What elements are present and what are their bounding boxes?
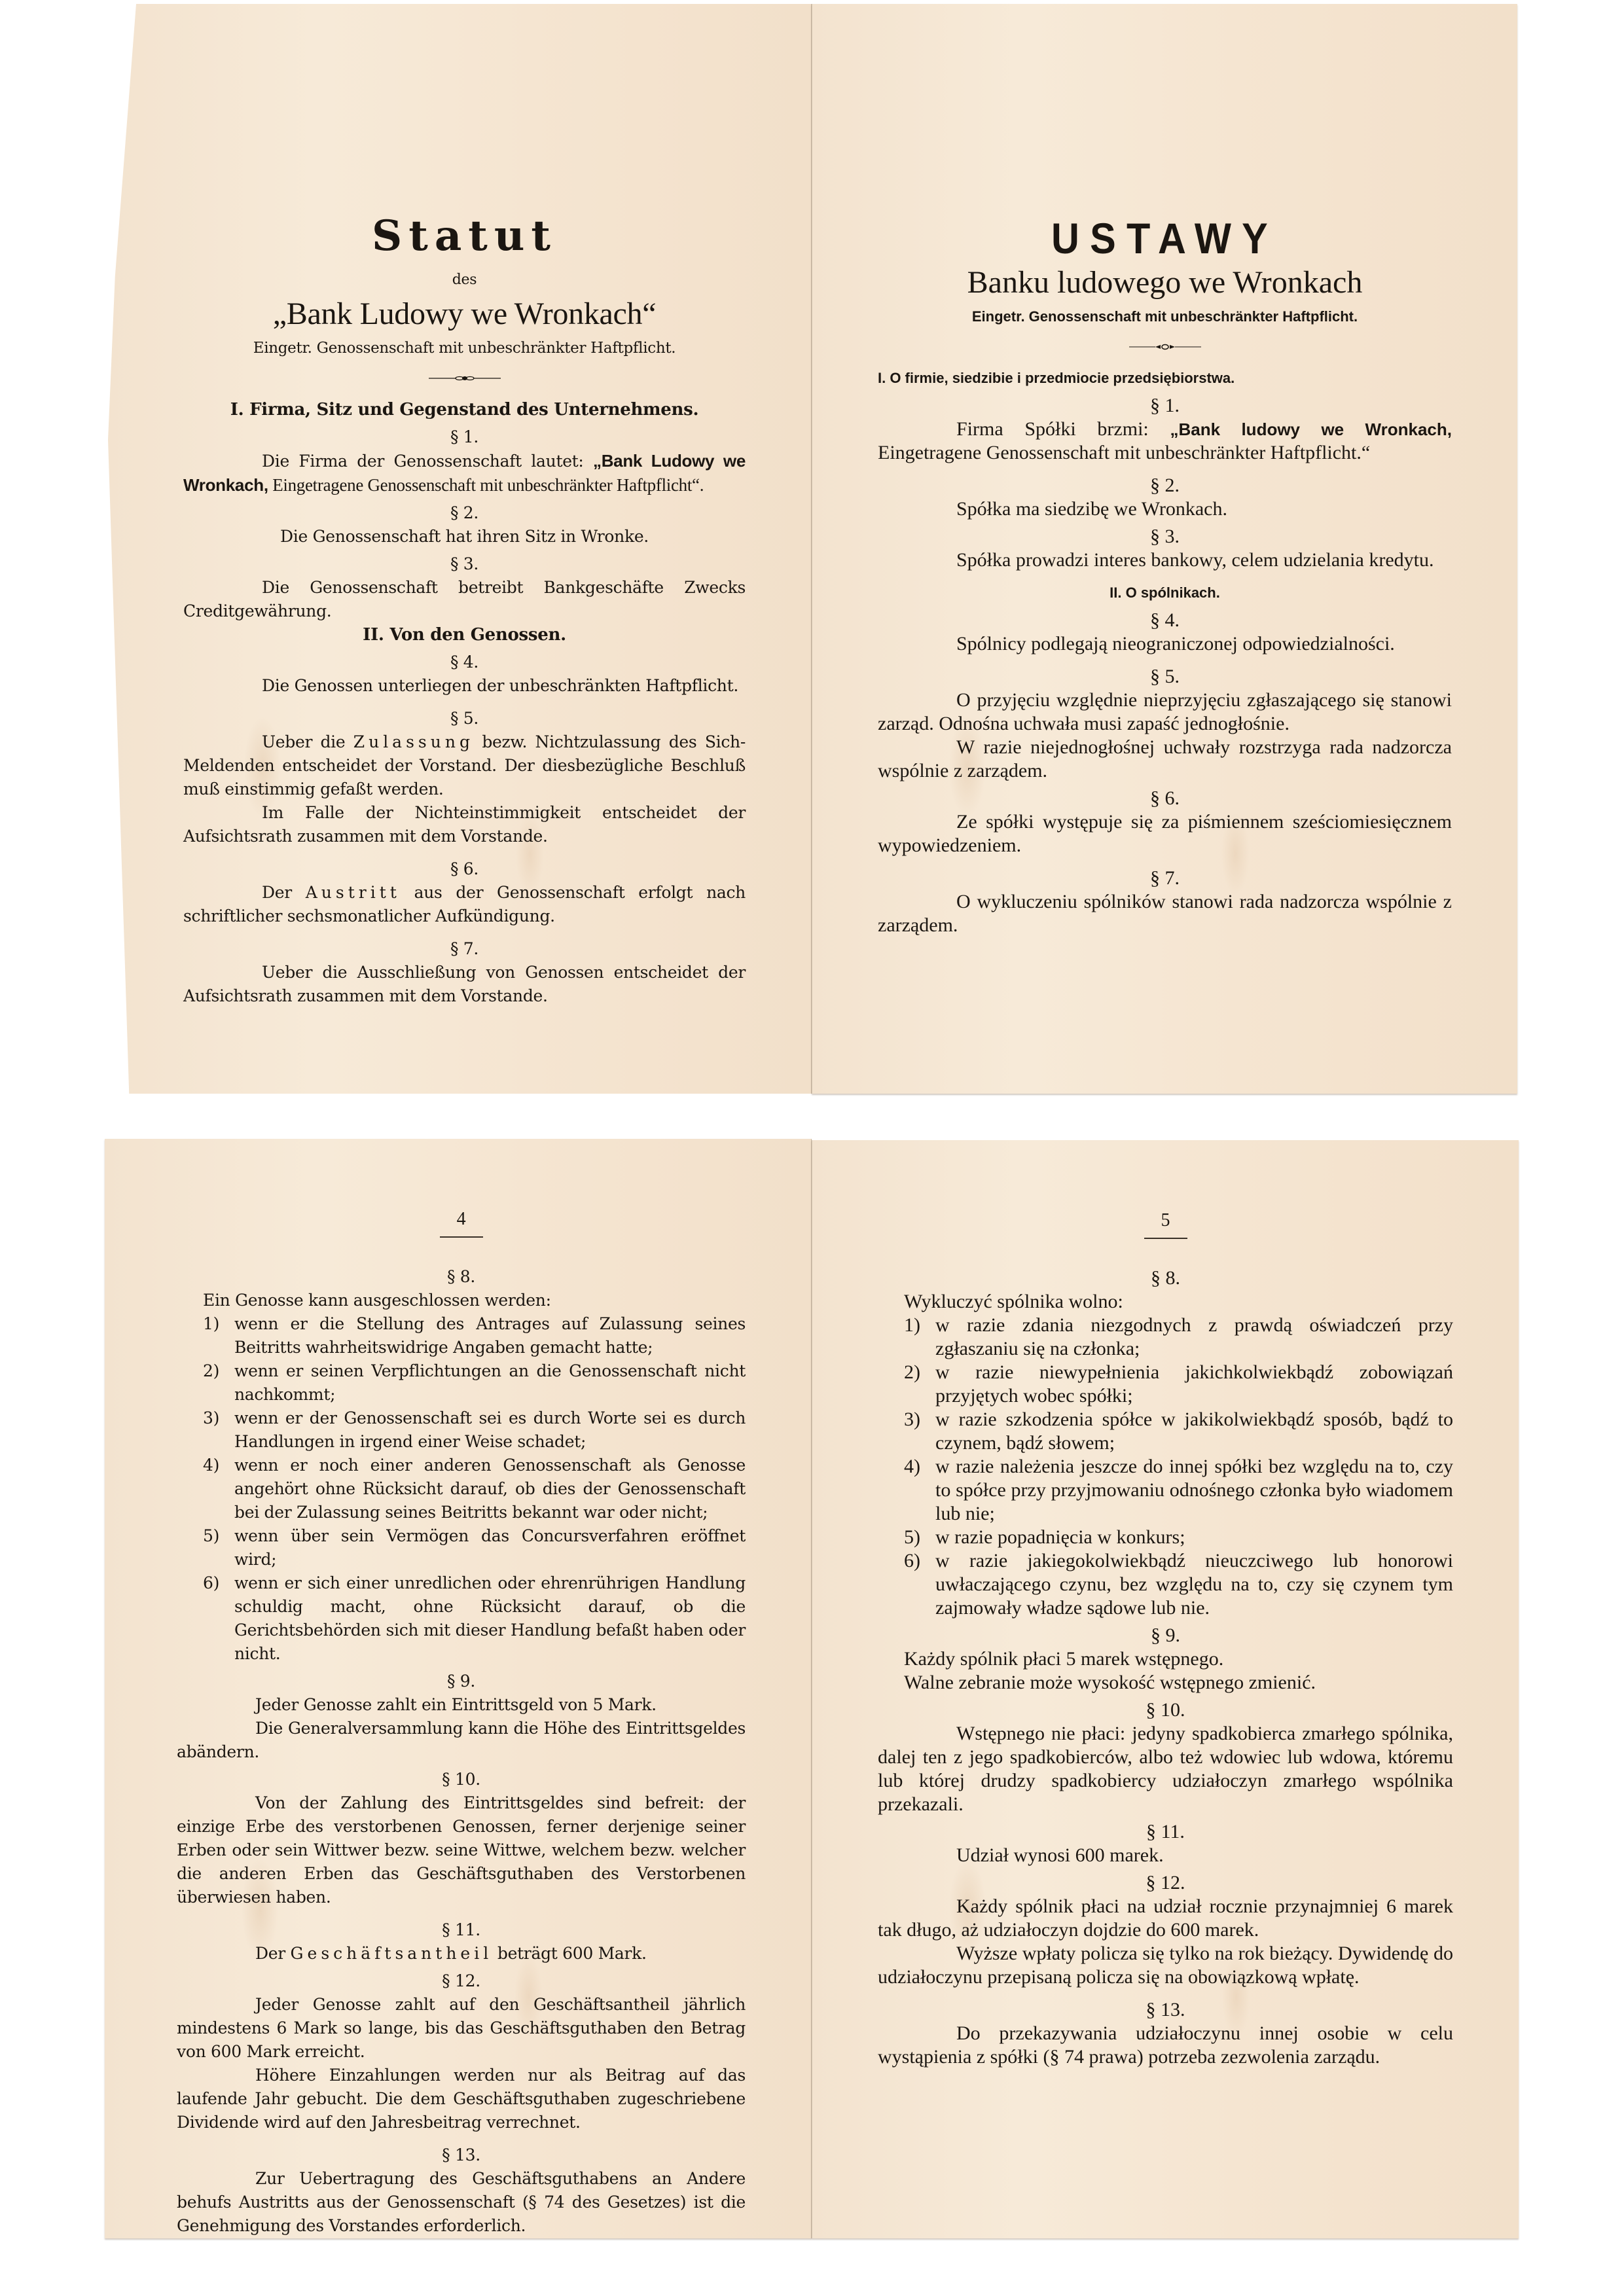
paragraph-text: Wstępnego nie płaci: jedyny spadkobierca…	[878, 1722, 1453, 1816]
page-number-rule	[1144, 1238, 1187, 1239]
subtitle: Eingetr. Genossenschaft mit unbeschränkt…	[183, 336, 746, 360]
page-statut-german: Statut des „Bank Ludowy we Wronkach“ Ein…	[108, 4, 812, 1094]
section-heading: II. O spólnikach.	[878, 581, 1452, 605]
list-item-number: 1)	[203, 1312, 219, 1336]
paragraph-number: § 12.	[177, 1969, 746, 1993]
paragraph-text: Ze spółki występuje się za piśmiennem sz…	[878, 810, 1452, 857]
paragraph-number: § 1.	[183, 425, 746, 449]
page-number: 5	[878, 1209, 1453, 1232]
paragraph-text: O wykluczeniu spólników stanowi rada nad…	[878, 890, 1452, 937]
paragraph-text: Jeder Genosse zahlt ein Eintrittsgeld vo…	[177, 1693, 746, 1717]
list-item-text: w razie jakiegokolwiekbądź nieuczciwego …	[935, 1550, 1453, 1619]
list-item-number: 6)	[203, 1571, 219, 1595]
list-item-text: wenn er der Genossenschaft sei es durch …	[234, 1408, 746, 1451]
text-run: Der	[255, 1944, 291, 1963]
paragraph-text: Die Genossenschaft betreibt Bankgeschäft…	[183, 576, 746, 623]
exclusion-list: 1)wenn er die Stellung des Antrages auf …	[177, 1312, 746, 1666]
company-name: „Bank ludowy we Wronkach,	[1170, 420, 1452, 439]
list-item: 6)wenn er sich einer unredlichen oder eh…	[203, 1571, 746, 1666]
list-item-number: 5)	[203, 1524, 219, 1548]
list-item-number: 3)	[203, 1407, 219, 1430]
list-item-number: 2)	[203, 1359, 219, 1383]
paragraph-text: Die Generalversammlung kann die Höhe des…	[177, 1717, 746, 1764]
list-item-text: wenn er seinen Verpflichtungen an die Ge…	[234, 1361, 746, 1404]
list-item-number: 4)	[904, 1455, 920, 1479]
text-run: beträgt 600 Mark.	[492, 1944, 646, 1963]
text-run: Eingetragene Genossenschaft mit unbeschr…	[268, 475, 704, 495]
paragraph-text: Udział wynosi 600 marek.	[878, 1844, 1453, 1867]
page-ustawy-polish: USTAWY Banku ludowego we Wronkach Einget…	[812, 4, 1517, 1094]
section-heading: II. Von den Genossen.	[183, 623, 746, 647]
emphasized-term: Geschäftsantheil	[291, 1944, 493, 1963]
paragraph-number: § 2.	[183, 501, 746, 525]
list-item: 1)wenn er die Stellung des Antrages auf …	[203, 1312, 746, 1359]
paragraph-text: Walne zebranie może wysokość wstępnego z…	[878, 1671, 1453, 1695]
page-content: Statut des „Bank Ludowy we Wronkach“ Ein…	[108, 213, 811, 1008]
paragraph-text: Höhere Einzahlungen werden nur als Beitr…	[177, 2064, 746, 2134]
paragraph-text: Wykluczyć spólnika wolno:	[878, 1290, 1453, 1314]
list-item-number: 6)	[904, 1549, 920, 1573]
paragraph-text: Die Firma der Genossenschaft lautet: „Ba…	[183, 449, 746, 497]
page-number-rule	[440, 1236, 483, 1238]
list-item-text: wenn über sein Vermögen das Concursverfa…	[234, 1526, 746, 1569]
paragraph-text: Die Genossenschaft hat ihren Sitz in Wro…	[183, 525, 746, 548]
paragraph-number: § 2.	[878, 474, 1452, 497]
text-run: Ueber die	[262, 732, 353, 751]
paragraph-number: § 3.	[878, 525, 1452, 548]
text-run: Der	[262, 883, 306, 902]
paragraph-text: Von der Zahlung des Eintrittsgeldes sind…	[177, 1791, 746, 1909]
ornament-divider-icon	[429, 374, 501, 382]
list-item: 4)wenn er noch einer anderen Genossensch…	[203, 1454, 746, 1524]
list-item: 2)wenn er seinen Verpflichtungen an die …	[203, 1359, 746, 1407]
text-run: Die Firma der Genossenschaft lautet:	[262, 452, 593, 471]
paragraph-text: Ueber die Zulassung bezw. Nichtzulassung…	[183, 730, 746, 801]
list-item: 5)w razie popadnięcia w konkurs;	[904, 1526, 1453, 1549]
paragraph-number: § 11.	[878, 1820, 1453, 1844]
paragraph-text: Der Geschäftsantheil beträgt 600 Mark.	[177, 1942, 746, 1965]
emphasized-term: Zulassung	[353, 732, 474, 751]
paragraph-number: § 3.	[183, 552, 746, 576]
list-item-text: w razie zdania niezgodnych z prawdą oświ…	[935, 1314, 1453, 1359]
emphasized-term: Austritt	[306, 883, 401, 902]
list-item: 2)w razie niewypełnienia jakichkolwiekbą…	[904, 1361, 1453, 1408]
list-item-number: 1)	[904, 1314, 920, 1337]
paragraph-text: Zur Uebertragung des Geschäftsguthabens …	[177, 2167, 746, 2238]
paragraph-text: Die Genossen unterliegen der unbeschränk…	[183, 674, 746, 698]
list-item-number: 2)	[904, 1361, 920, 1384]
paragraph-text: Firma Spółki brzmi: „Bank ludowy we Wron…	[878, 418, 1452, 465]
paragraph-text: Do przekazywania udziałoczynu innej osob…	[878, 2022, 1453, 2069]
bank-name: Banku ludowego we Wronkach	[878, 264, 1452, 301]
paragraph-number: § 4.	[183, 651, 746, 674]
list-item: 1)w razie zdania niezgodnych z prawdą oś…	[904, 1314, 1453, 1361]
paragraph-number: § 6.	[878, 787, 1452, 810]
list-item: 3)wenn er der Genossenschaft sei es durc…	[203, 1407, 746, 1454]
paragraph-number: § 13.	[878, 1998, 1453, 2022]
list-item-number: 3)	[904, 1408, 920, 1431]
paragraph-number: § 12.	[878, 1871, 1453, 1895]
paragraph-text: Spólnicy podlegają nieograniczonej odpow…	[878, 632, 1452, 656]
page-content: 4 § 8. Ein Genosse kann ausgeschlossen w…	[105, 1208, 811, 2238]
exclusion-list: 1)w razie zdania niezgodnych z prawdą oś…	[878, 1314, 1453, 1620]
paragraph-number: § 7.	[878, 867, 1452, 890]
page-title: Statut	[183, 213, 746, 259]
text-run: Firma Spółki brzmi:	[956, 418, 1170, 440]
paragraph-text: O przyjęciu względnie nieprzyjęciu zgłas…	[878, 689, 1452, 736]
bank-name: „Bank Ludowy we Wronkach“	[183, 296, 746, 332]
list-item-text: w razie niewypełnienia jakichkolwiekbądź…	[935, 1361, 1453, 1407]
page-title: USTAWY	[907, 213, 1423, 263]
page-4-german: 4 § 8. Ein Genosse kann ausgeschlossen w…	[105, 1139, 812, 2238]
paragraph-text: Im Falle der Nichteinstimmigkeit entsche…	[183, 801, 746, 848]
paragraph-number: § 5.	[878, 665, 1452, 689]
list-item-text: w razie popadnięcia w konkurs;	[935, 1526, 1185, 1548]
list-item: 5)wenn über sein Vermögen das Concursver…	[203, 1524, 746, 1571]
list-item-text: wenn er die Stellung des Antrages auf Zu…	[234, 1314, 746, 1357]
list-item: 4)w razie należenia jeszcze do innej spó…	[904, 1455, 1453, 1526]
paragraph-number: § 10.	[177, 1768, 746, 1791]
paragraph-text: Spółka ma siedzibę we Wronkach.	[878, 497, 1452, 521]
paragraph-number: § 13.	[177, 2144, 746, 2167]
paragraph-text: Der Austritt aus der Genossenschaft erfo…	[183, 881, 746, 928]
paragraph-number: § 4.	[878, 609, 1452, 632]
list-item-text: w razie należenia jeszcze do innej spółk…	[935, 1456, 1453, 1524]
page-number: 4	[177, 1208, 746, 1231]
list-item-text: w razie szkodzenia spółce w jakikolwiekb…	[935, 1408, 1453, 1454]
title-connector: des	[183, 268, 746, 292]
list-item: 3)w razie szkodzenia spółce w jakikolwie…	[904, 1408, 1453, 1455]
list-item-text: wenn er noch einer anderen Genossenschaf…	[234, 1456, 746, 1522]
ornament-divider-icon	[1129, 343, 1201, 351]
paragraph-text: Każdy spólnik płaci na udział rocznie pr…	[878, 1895, 1453, 1942]
paragraph-text: Jeder Genosse zahlt auf den Geschäftsant…	[177, 1993, 746, 2064]
list-item: 6)w razie jakiegokolwiekbądź nieuczciweg…	[904, 1549, 1453, 1620]
subtitle: Eingetr. Genossenschaft mit unbeschränkt…	[878, 305, 1452, 329]
page-content: USTAWY Banku ludowego we Wronkach Einget…	[812, 213, 1517, 937]
list-item-text: wenn er sich einer unredlichen oder ehre…	[234, 1573, 746, 1663]
list-item-number: 5)	[904, 1526, 920, 1549]
paragraph-number: § 1.	[878, 394, 1452, 418]
paragraph-text: Ein Genosse kann ausgeschlossen werden:	[177, 1289, 746, 1312]
paragraph-text: Spółka prowadzi interes bankowy, celem u…	[878, 548, 1452, 572]
section-heading: I. O firmie, siedzibie i przedmiocie prz…	[878, 367, 1452, 390]
paragraph-text: Ueber die Ausschließung von Genossen ent…	[183, 961, 746, 1008]
paragraph-text: W razie niejednogłośnej uchwały rozstrzy…	[878, 736, 1452, 783]
paragraph-number: § 10.	[878, 1698, 1453, 1722]
paragraph-number: § 8.	[878, 1266, 1453, 1290]
paragraph-text: Wyższe wpłaty policza się tylko na rok b…	[878, 1942, 1453, 1989]
paragraph-number: § 6.	[183, 857, 746, 881]
list-item-number: 4)	[203, 1454, 219, 1477]
paragraph-number: § 7.	[183, 937, 746, 961]
paragraph-number: § 9.	[878, 1624, 1453, 1647]
page-5-polish: 5 § 8. Wykluczyć spólnika wolno: 1)w raz…	[812, 1140, 1519, 2238]
paragraph-number: § 8.	[177, 1265, 746, 1289]
paragraph-number: § 11.	[177, 1918, 746, 1942]
text-run: Eingetragene Genossenschaft mit unbeschr…	[878, 442, 1370, 463]
page-content: 5 § 8. Wykluczyć spólnika wolno: 1)w raz…	[812, 1209, 1519, 2069]
paragraph-number: § 9.	[177, 1670, 746, 1693]
section-heading: I. Firma, Sitz und Gegenstand des Untern…	[183, 398, 746, 422]
paragraph-text: Każdy spólnik płaci 5 marek wstępnego.	[878, 1647, 1453, 1671]
paragraph-number: § 5.	[183, 707, 746, 730]
